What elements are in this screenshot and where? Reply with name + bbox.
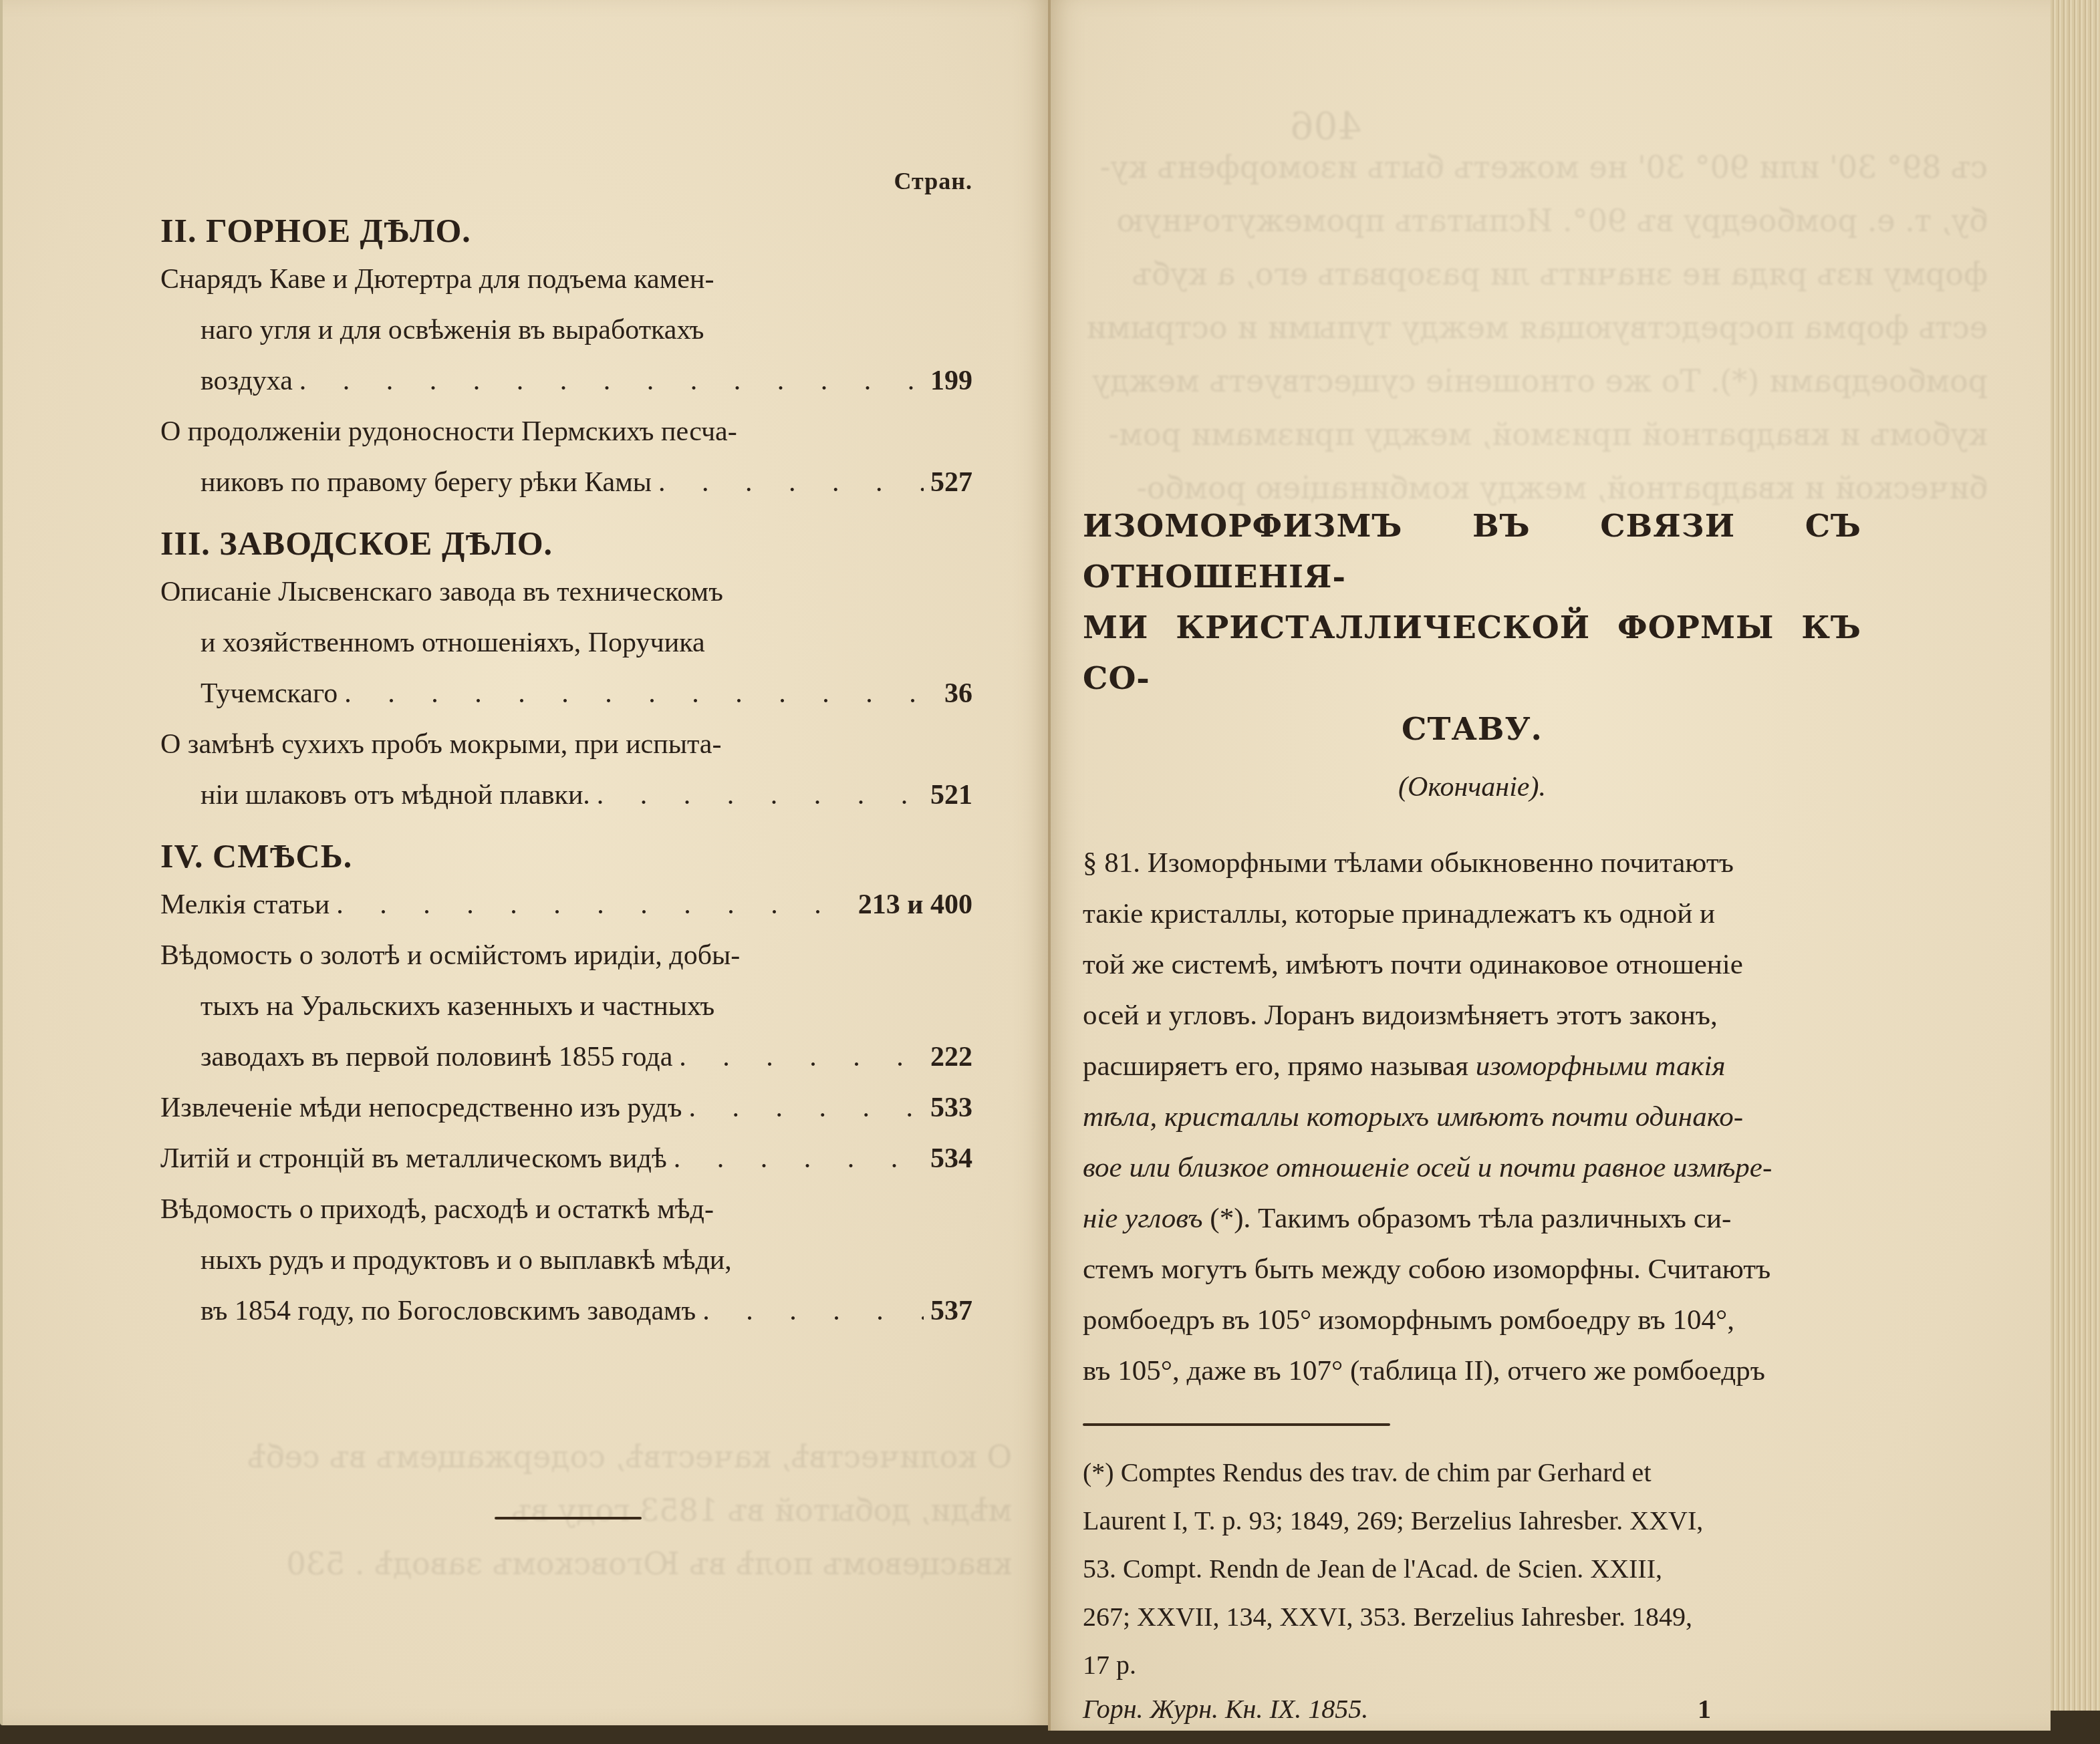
dot-leader: . . . . . . . . . . . . . . . . . . . . …	[702, 1286, 924, 1336]
entry-title-line: Описаніе Лысвенскаго завода въ техническ…	[160, 567, 972, 617]
entry-leader-line: заводахъ въ первой половинѣ 1855 года. .…	[160, 1032, 972, 1082]
page-number: 534	[930, 1133, 972, 1184]
entry-title-line: Извлеченіе мѣди непосредственно изъ рудъ	[160, 1082, 682, 1133]
italic-text: тѣла, кристаллы которыхъ имѣютъ почти од…	[1083, 1101, 1743, 1133]
signature-number: 1	[1698, 1693, 1711, 1725]
entry-title-line: ныхъ рудъ и продуктовъ и о выплавкѣ мѣди…	[160, 1235, 972, 1286]
signature-line: Горн. Журн. Кн. IX. 1855. 1	[1083, 1693, 1711, 1725]
end-rule	[495, 1517, 642, 1519]
entry-title-line: Тучемскаго	[201, 668, 338, 719]
dot-leader: . . . . . . . . . . . . . . . . . . . . …	[679, 1032, 924, 1082]
toc-entry[interactable]: Снарядъ Каве и Дютертра для подъема каме…	[160, 254, 972, 406]
entry-leader-line: воздуха. . . . . . . . . . . . . . . . .…	[160, 355, 972, 406]
italic-text: вое или близкое отношеніе осей и почти р…	[1083, 1152, 1772, 1183]
entry-leader-line: Тучемскаго. . . . . . . . . . . . . . . …	[160, 668, 972, 719]
page-number: 213 и 400	[858, 879, 972, 930]
footnote-line: 53. Compt. Rendn de Jean de l'Acad. de S…	[1083, 1545, 1861, 1593]
paragraph-line: тѣла, кристаллы которыхъ имѣютъ почти од…	[1083, 1092, 1861, 1143]
section-heading: III. ЗАВОДСКОЕ ДѢЛО.	[160, 520, 972, 567]
dot-leader: . . . . . . . . . . . . . . . . . . . . …	[674, 1133, 924, 1184]
entry-title-line: Мелкія статьи	[160, 879, 330, 930]
dot-leader: . . . . . . . . . . . . . . . . . . . . …	[299, 355, 924, 406]
bleed-line: квасцевомъ полѣ въ Юговскомъ заводѣ . 53…	[247, 1537, 1012, 1590]
plain-text: стемъ могутъ быть между собою изоморфны.…	[1083, 1254, 1770, 1285]
entry-title-line: заводахъ въ первой половинѣ 1855 года	[201, 1032, 672, 1082]
bleed-line: кубомъ и квадратной призмой, между призм…	[1086, 408, 1988, 461]
page-number: 533	[930, 1082, 972, 1133]
article: ИЗОМОРФИЗМЪ ВЪ СВЯЗИ СЪ ОТНОШЕНІЯ- МИ КР…	[1083, 501, 1861, 1725]
footnote-line: 267; XXVII, 134, XXVI, 353. Berzelius Ia…	[1083, 1593, 1861, 1641]
bleed-line: О количествѣ, качествѣ, содержащемъ въ с…	[247, 1430, 1012, 1483]
toc-entry[interactable]: Литій и стронцій въ металлическомъ видѣ.…	[160, 1133, 972, 1184]
bleed-line: бу, т. е. ромбоедру въ 90°. Испытать про…	[1086, 194, 1988, 247]
footnote-line: 17 p.	[1083, 1641, 1861, 1689]
entry-leader-line: никовъ по правому берегу рѣки Камы. . . …	[160, 457, 972, 508]
article-paragraph: § 81. Изоморфными тѣлами обыкновенно поч…	[1083, 838, 1861, 1397]
entry-leader-line: Мелкія статьи. . . . . . . . . . . . . .…	[160, 879, 972, 930]
title-line: ИЗОМОРФИЗМЪ ВЪ СВЯЗИ СЪ ОТНОШЕНІЯ-	[1083, 501, 1861, 603]
plain-text: такіе кристаллы, которые принадлежатъ къ…	[1083, 898, 1715, 929]
paragraph-line: стемъ могутъ быть между собою изоморфны.…	[1083, 1244, 1861, 1295]
dot-leader: . . . . . . . . . . . . . . . . . . . . …	[597, 770, 924, 821]
bleed-line: съ 89° 30' или 90° 30' не можетъ быть из…	[1086, 140, 1988, 194]
entry-leader-line: ніи шлаковъ отъ мѣдной плавки.. . . . . …	[160, 770, 972, 821]
page-number: 36	[944, 668, 972, 719]
bleed-line: ромбоедрами (*). То же отношеніе существ…	[1086, 354, 1988, 408]
toc-entry[interactable]: О продолженіи рудоносности Пермскихъ пес…	[160, 406, 972, 508]
dot-leader: . . . . . . . . . . . . . . . . . . . . …	[658, 457, 924, 508]
entry-title-line: въ 1854 году, по Богословскимъ заводамъ	[201, 1286, 696, 1336]
footnote-rule	[1083, 1423, 1390, 1426]
toc-entry[interactable]: Вѣдомость о золотѣ и осмійстомъ иридіи, …	[160, 930, 972, 1082]
entry-title-line: Вѣдомость о золотѣ и осмійстомъ иридіи, …	[160, 930, 972, 981]
toc-section: IV. СМѢСЬ.Мелкія статьи. . . . . . . . .…	[160, 833, 972, 1336]
bleed-line: мѣди, добытой въ 1853 году въ	[247, 1483, 1012, 1537]
entry-title-line: Литій и стронцій въ металлическомъ видѣ	[160, 1133, 667, 1184]
entry-title-line: Вѣдомость о приходѣ, расходѣ и остаткѣ м…	[160, 1184, 972, 1235]
paragraph-line: вое или близкое отношеніе осей и почти р…	[1083, 1143, 1861, 1193]
paragraph-line: въ 105°, даже въ 107° (таблица II), отче…	[1083, 1346, 1861, 1397]
page-number: 222	[930, 1032, 972, 1082]
page-column-header: Стран.	[894, 167, 972, 195]
plain-text: § 81. Изоморфными тѣлами обыкновенно поч…	[1083, 847, 1734, 879]
bleed-line: форму изъ ряда не значитъ ли разорвать е…	[1086, 247, 1988, 301]
toc-entry[interactable]: Мелкія статьи. . . . . . . . . . . . . .…	[160, 879, 972, 930]
article-title: ИЗОМОРФИЗМЪ ВЪ СВЯЗИ СЪ ОТНОШЕНІЯ- МИ КР…	[1083, 501, 1861, 755]
italic-text: ніе угловъ	[1083, 1203, 1203, 1234]
paragraph-line: § 81. Изоморфными тѣлами обыкновенно поч…	[1083, 838, 1861, 889]
entry-title-line: и хозяйственномъ отношеніяхъ, Поручика	[160, 617, 972, 668]
book-spread: 406 съ 89° 30' или 90° 30' не можетъ быт…	[0, 0, 2100, 1744]
italic-text: изоморфными такія	[1476, 1050, 1726, 1082]
entry-leader-line: Извлеченіе мѣди непосредственно изъ рудъ…	[160, 1082, 972, 1133]
toc-entry[interactable]: О замѣнѣ сухихъ пробъ мокрыми, при испыт…	[160, 719, 972, 821]
toc-entry[interactable]: Описаніе Лысвенскаго завода въ техническ…	[160, 567, 972, 719]
bleed-through-right: съ 89° 30' или 90° 30' не можетъ быть из…	[1086, 140, 1988, 515]
title-line: СТАВУ.	[1083, 704, 1861, 755]
paragraph-line: такіе кристаллы, которые принадлежатъ къ…	[1083, 889, 1861, 939]
entry-leader-line: Литій и стронцій въ металлическомъ видѣ.…	[160, 1133, 972, 1184]
plain-text: расширяетъ его, прямо называя	[1083, 1050, 1476, 1082]
journal-signature: Горн. Журн. Кн. IX. 1855.	[1083, 1693, 1368, 1725]
bleed-through-left: О количествѣ, качествѣ, содержащемъ въ с…	[247, 1430, 1012, 1590]
footnote-line: (*) Comptes Rendus des trav. de chim par…	[1083, 1449, 1861, 1497]
toc-section: II. ГОРНОЕ ДѢЛО.Снарядъ Каве и Дютертра …	[160, 207, 972, 508]
paragraph-line: осей и угловъ. Лоранъ видоизмѣняетъ этот…	[1083, 990, 1861, 1041]
toc-entry[interactable]: Вѣдомость о приходѣ, расходѣ и остаткѣ м…	[160, 1184, 972, 1336]
bleed-line: есть форма посредствующая между тупыми и…	[1086, 301, 1988, 354]
entry-title-line: О замѣнѣ сухихъ пробъ мокрыми, при испыт…	[160, 719, 972, 770]
paragraph-line: ромбоедръ въ 105° изоморфнымъ ромбоедру …	[1083, 1295, 1861, 1346]
entry-title-line: наго угля и для освѣженія въ выработкахъ	[160, 305, 972, 355]
article-subtitle: (Окончаніе).	[1083, 771, 1861, 803]
plain-text: ромбоедръ въ 105° изоморфнымъ ромбоедру …	[1083, 1304, 1734, 1336]
section-heading: IV. СМѢСЬ.	[160, 833, 972, 879]
gutter	[1048, 0, 1051, 1731]
section-heading: II. ГОРНОЕ ДѢЛО.	[160, 207, 972, 254]
page-number: 537	[930, 1286, 972, 1336]
plain-text: осей и угловъ. Лоранъ видоизмѣняетъ этот…	[1083, 1000, 1718, 1031]
table-of-contents: Стран. II. ГОРНОЕ ДѢЛО.Снарядъ Каве и Дю…	[160, 167, 972, 1348]
entry-title-line: ніи шлаковъ отъ мѣдной плавки.	[201, 770, 590, 821]
page-number: 527	[930, 457, 972, 508]
entry-title-line: никовъ по правому берегу рѣки Камы	[201, 457, 652, 508]
entry-title-line: Снарядъ Каве и Дютертра для подъема каме…	[160, 254, 972, 305]
plain-text: (*). Такимъ образомъ тѣла различныхъ си-	[1203, 1203, 1732, 1234]
paragraph-line: ніе угловъ (*). Такимъ образомъ тѣла раз…	[1083, 1193, 1861, 1244]
toc-entry[interactable]: Извлеченіе мѣди непосредственно изъ рудъ…	[160, 1082, 972, 1133]
paragraph-line: той же системѣ, имѣютъ почти одинаковое …	[1083, 939, 1861, 990]
entry-title-line: воздуха	[201, 355, 293, 406]
footnote-line: Laurent I, T. p. 93; 1849, 269; Berzeliu…	[1083, 1497, 1861, 1545]
plain-text: въ 105°, даже въ 107° (таблица II), отче…	[1083, 1355, 1765, 1387]
toc-section: III. ЗАВОДСКОЕ ДѢЛО.Описаніе Лысвенскаго…	[160, 520, 972, 821]
paragraph-line: расширяетъ его, прямо называя изоморфным…	[1083, 1041, 1861, 1092]
page-number: 521	[930, 770, 972, 821]
dot-leader: . . . . . . . . . . . . . . . . . . . . …	[344, 668, 938, 719]
footnote: (*) Comptes Rendus des trav. de chim par…	[1083, 1449, 1861, 1689]
dot-leader: . . . . . . . . . . . . . . . . . . . . …	[336, 879, 851, 930]
page-number: 199	[930, 355, 972, 406]
title-line: МИ КРИСТАЛЛИЧЕСКОЙ ФОРМЫ КЪ СО-	[1083, 603, 1861, 704]
entry-leader-line: въ 1854 году, по Богословскимъ заводамъ.…	[160, 1286, 972, 1336]
dot-leader: . . . . . . . . . . . . . . . . . . . . …	[688, 1082, 924, 1133]
entry-title-line: тыхъ на Уральскихъ казенныхъ и частныхъ	[160, 981, 972, 1032]
entry-title-line: О продолженіи рудоносности Пермскихъ пес…	[160, 406, 972, 457]
plain-text: той же системѣ, имѣютъ почти одинаковое …	[1083, 949, 1743, 980]
page-fore-edge	[2051, 0, 2100, 1711]
